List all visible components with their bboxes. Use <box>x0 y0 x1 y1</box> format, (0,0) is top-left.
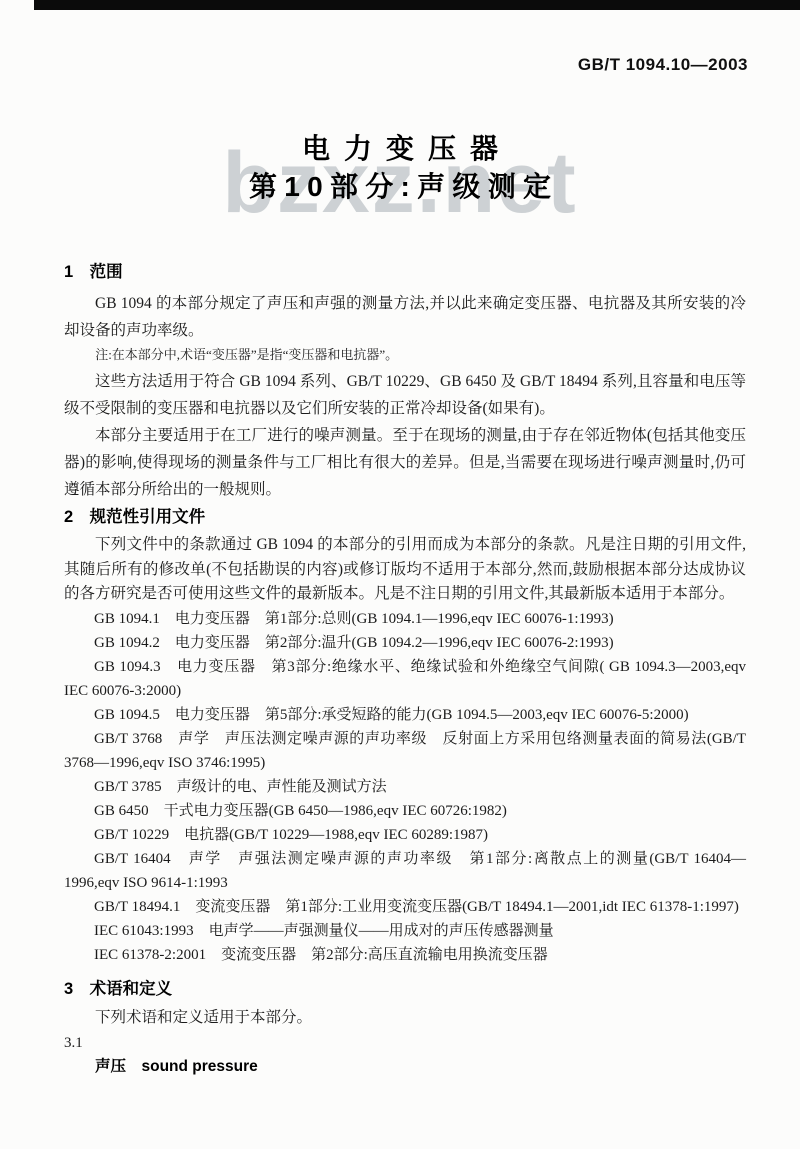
reference-item: GB 1094.1 电力变压器 第1部分:总则(GB 1094.1—1996,e… <box>64 607 746 631</box>
reference-item: GB 1094.3 电力变压器 第3部分:绝缘水平、绝缘试验和外绝缘空气间隙( … <box>64 655 746 703</box>
scope-paragraph-3: 本部分主要适用于在工厂进行的噪声测量。至于在现场的测量,由于存在邻近物体(包括其… <box>64 422 746 503</box>
reference-item: GB 1094.2 电力变压器 第2部分:温升(GB 1094.2—1996,e… <box>64 631 746 655</box>
scope-paragraph-1: GB 1094 的本部分规定了声压和声强的测量方法,并以此来确定变压器、电抗器及… <box>64 290 746 344</box>
reference-item: GB/T 18494.1 变流变压器 第1部分:工业用变流变压器(GB/T 18… <box>64 895 746 919</box>
reference-item: GB 1094.5 电力变压器 第5部分:承受短路的能力(GB 1094.5—2… <box>64 703 746 727</box>
reference-item: GB/T 16404 声学 声强法测定噪声源的声功率级 第1部分:离散点上的测量… <box>64 847 746 895</box>
reference-list: GB 1094.1 电力变压器 第1部分:总则(GB 1094.1—1996,e… <box>64 607 746 967</box>
section-heading-normative-references: 2 规范性引用文件 <box>64 505 746 529</box>
scope-paragraph-2: 这些方法适用于符合 GB 1094 系列、GB/T 10229、GB 6450 … <box>64 368 746 422</box>
standard-number: GB/T 1094.10—2003 <box>578 55 748 75</box>
reference-item: GB/T 3785 声级计的电、声性能及测试方法 <box>64 775 746 799</box>
clause-number: 3.1 <box>64 1031 746 1055</box>
terms-intro: 下列术语和定义适用于本部分。 <box>64 1005 746 1031</box>
normative-references-intro: 下列文件中的条款通过 GB 1094 的本部分的引用而成为本部分的条款。凡是注日… <box>64 533 746 607</box>
reference-item: GB 6450 干式电力变压器(GB 6450—1986,eqv IEC 607… <box>64 799 746 823</box>
reference-item: GB/T 10229 电抗器(GB/T 10229—1988,eqv IEC 6… <box>64 823 746 847</box>
section-heading-scope: 1 范围 <box>64 260 746 284</box>
doc-title-line1: 电力变压器 <box>0 130 800 168</box>
reference-item: GB/T 3768 声学 声压法测定噪声源的声功率级 反射面上方采用包络测量表面… <box>64 727 746 775</box>
scanned-standard-page: GB/T 1094.10—2003 bzxz.net 电力变压器 第10部分:声… <box>0 0 800 1149</box>
document-body: 1 范围 GB 1094 的本部分规定了声压和声强的测量方法,并以此来确定变压器… <box>64 260 746 1079</box>
reference-item: IEC 61043:1993 电声学——声强测量仪——用成对的声压传感器测量 <box>64 919 746 943</box>
scan-artifact-top-bar <box>34 0 800 10</box>
scope-note: 注:在本部分中,术语“变压器”是指“变压器和电抗器”。 <box>64 344 746 366</box>
doc-title-line2: 第10部分:声级测定 <box>0 168 800 206</box>
term-sound-pressure: 声压 sound pressure <box>64 1055 746 1079</box>
reference-item: IEC 61378-2:2001 变流变压器 第2部分:高压直流输电用换流变压器 <box>64 943 746 967</box>
section-heading-terms: 3 术语和定义 <box>64 977 746 1001</box>
title-block: bzxz.net 电力变压器 第10部分:声级测定 <box>0 130 800 242</box>
